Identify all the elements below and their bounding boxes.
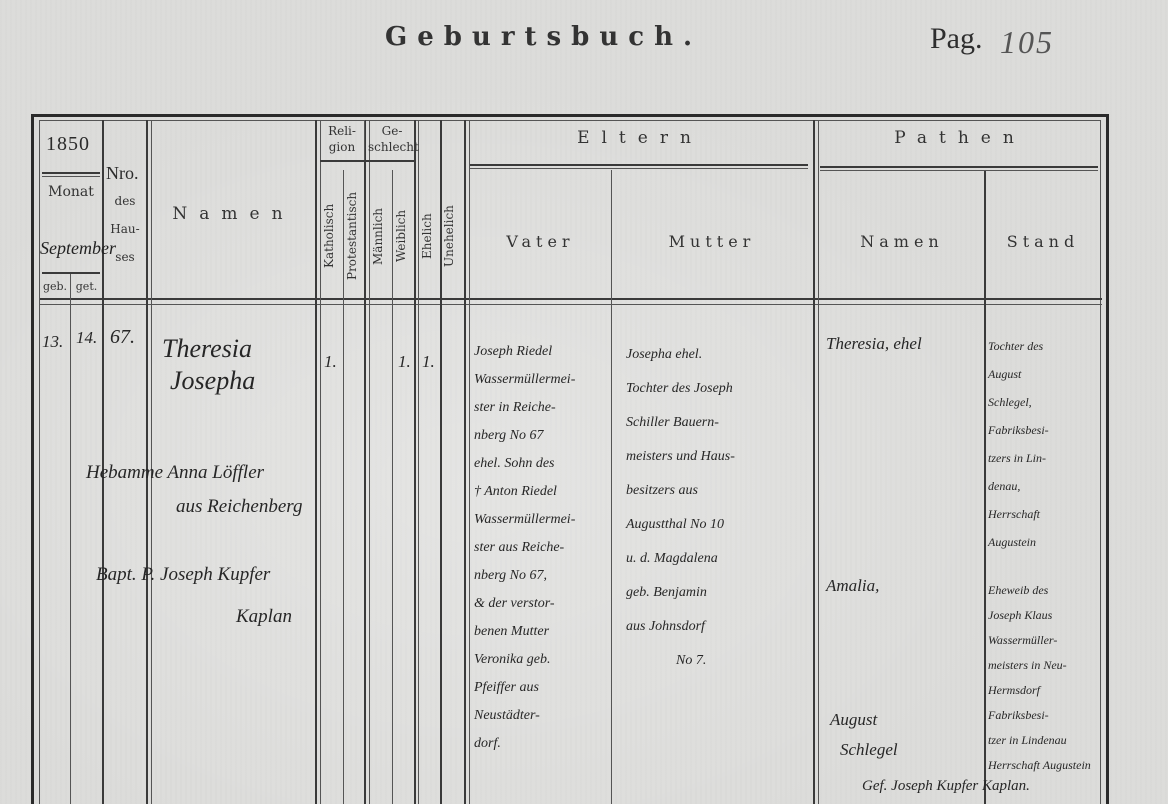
col-weib-ehel	[414, 120, 416, 804]
protestantisch-header: Protestantisch	[345, 178, 364, 294]
hebamme-line1: Hebamme Anna Löffler	[86, 462, 264, 484]
des-label: des	[103, 194, 147, 208]
header-rule-inner	[40, 304, 1102, 305]
col-uneh-vater	[464, 120, 466, 804]
pathen-stand-text-1: Tochter des August Schlegel, Fabriksbesi…	[988, 332, 1049, 556]
baptist-line1: Bapt. P. Joseph Kupfer	[96, 564, 270, 586]
religion-rule	[320, 160, 416, 162]
hauses-label-1: Hau-	[103, 222, 147, 236]
col-vater-mutter	[611, 170, 612, 804]
child-name-line2: Josepha	[170, 366, 255, 396]
pathen-stand-text-2: Eheweib des Joseph Klaus Wassermüller- m…	[988, 578, 1091, 778]
signature-line: Gef. Joseph Kupfer Kaplan.	[862, 778, 1030, 795]
frame-left-inner	[39, 120, 40, 804]
get-day: 14.	[76, 328, 97, 348]
col-geb-get	[70, 274, 71, 804]
geb-label: geb.	[40, 280, 70, 293]
unehelich-header: Unehelich	[442, 178, 464, 294]
katholisch-mark: 1.	[324, 352, 337, 372]
ehelich-mark: 1.	[422, 352, 435, 372]
col-namen-kath-2	[320, 120, 321, 804]
baptist-line2: Kaplan	[236, 606, 292, 628]
register-page: Geburtsbuch. Pag. 105 1850 Monat Septemb…	[0, 0, 1168, 804]
col-maenn-weib	[392, 170, 393, 804]
col-prot-maenn	[364, 120, 366, 804]
maennlich-header: Männlich	[371, 178, 391, 294]
pathe-1-name: Theresia, ehel	[826, 334, 922, 354]
geschlecht-header-1: Ge-	[368, 124, 416, 138]
col-namen-kath	[315, 120, 317, 804]
page-title: Geburtsbuch.	[385, 22, 702, 52]
religion-header-2: gion	[320, 140, 364, 154]
child-name-line1: Theresia	[162, 334, 252, 364]
rel-ges-divider	[364, 120, 365, 160]
pathe-3-name-line1: August	[830, 710, 877, 730]
frame-right-inner	[1100, 120, 1101, 804]
pathen-header: Pathen	[820, 128, 1100, 148]
ehelich-header: Ehelich	[420, 178, 440, 294]
nro-label: Nro.	[106, 163, 139, 184]
pathen-rule-2	[820, 170, 1098, 171]
col-uneh-vater-2	[469, 120, 470, 804]
geb-day: 13.	[42, 332, 63, 352]
frame-top	[32, 114, 1108, 117]
mutter-text: Josepha ehel. Tochter des Joseph Schille…	[626, 338, 735, 678]
geschlecht-header-2: schlecht	[368, 140, 416, 154]
year-rule-2	[42, 176, 100, 177]
religion-header-1: Reli-	[320, 124, 364, 138]
namen-header: Namen	[152, 204, 315, 224]
get-label: get.	[71, 280, 102, 293]
monat-rule	[42, 272, 100, 274]
year-rule	[42, 172, 100, 174]
hebamme-line2: aus Reichenberg	[176, 496, 302, 518]
monat-label: Monat	[42, 184, 100, 200]
mutter-header: Mutter	[612, 232, 812, 251]
pathen-namen-header: Namen	[820, 232, 984, 251]
house-number: 67.	[110, 326, 135, 349]
pathe-2-name: Amalia,	[826, 576, 879, 596]
weiblich-header: Weiblich	[394, 178, 414, 294]
col-mutter-pathen-2	[818, 120, 819, 804]
pathen-rule	[820, 166, 1098, 168]
header-rule	[40, 298, 1102, 300]
col-kath-prot	[343, 170, 344, 804]
vater-header: Vater	[470, 232, 611, 251]
col-pathen-stand	[984, 170, 986, 804]
eltern-rule-2	[470, 168, 808, 169]
frame-right	[1106, 114, 1109, 804]
pathe-3-name-line2: Schlegel	[840, 740, 898, 760]
eltern-rule	[470, 164, 808, 166]
vater-text: Joseph Riedel Wassermüllermei- ster in R…	[474, 338, 575, 758]
col-prot-maenn-2	[369, 120, 370, 804]
katholisch-header: Katholisch	[322, 178, 342, 294]
stand-header: Stand	[986, 232, 1100, 251]
page-label: Pag.	[930, 22, 983, 56]
col-weib-ehel-2	[418, 120, 419, 804]
frame-left	[31, 114, 34, 804]
col-mutter-pathen	[813, 120, 815, 804]
eltern-header: Eltern	[470, 128, 810, 148]
page-number: 105	[1000, 24, 1054, 61]
frame-top-inner	[40, 120, 1100, 121]
weiblich-mark: 1.	[398, 352, 411, 372]
hauses-label-2: ses	[103, 250, 147, 264]
year-label: 1850	[46, 133, 90, 156]
